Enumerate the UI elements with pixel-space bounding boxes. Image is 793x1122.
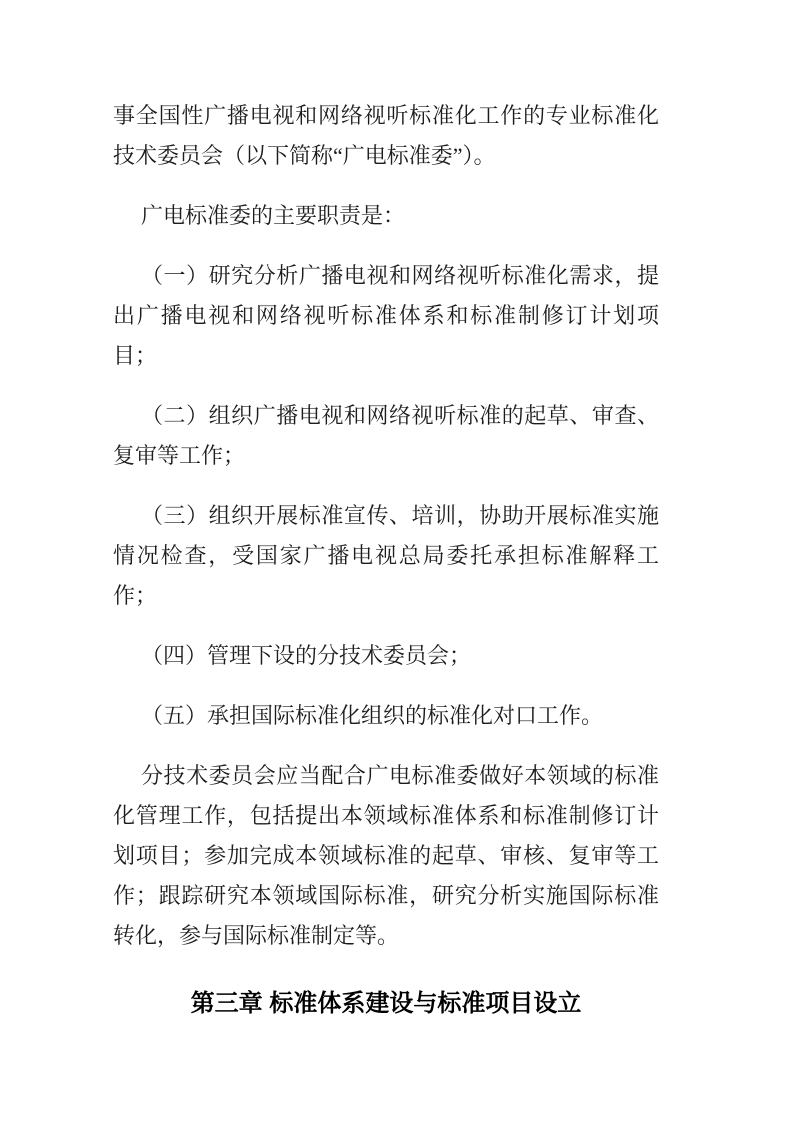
document-page: 事全国性广播电视和网络视听标准化工作的专业标准化技术委员会（以下简称“广电标准委…: [0, 0, 793, 1122]
paragraph: （五）承担国际标准化组织的标准化对口工作。: [113, 696, 659, 736]
document-body: 事全国性广播电视和网络视听标准化工作的专业标准化技术委员会（以下简称“广电标准委…: [113, 96, 659, 1022]
paragraph: （一）研究分析广播电视和网络视听标准化需求，提出广播电视和网络视听标准体系和标准…: [113, 256, 659, 376]
paragraph: 事全国性广播电视和网络视听标准化工作的专业标准化技术委员会（以下简称“广电标准委…: [113, 96, 659, 176]
paragraph: （四）管理下设的分技术委员会；: [113, 636, 659, 676]
paragraph: （二）组织广播电视和网络视听标准的起草、审查、复审等工作；: [113, 396, 659, 476]
chapter-heading: 第三章 标准体系建设与标准项目设立: [113, 986, 659, 1022]
paragraph: （三）组织开展标准宣传、培训，协助开展标准实施情况检查，受国家广播电视总局委托承…: [113, 496, 659, 616]
paragraph: 广电标准委的主要职责是：: [113, 196, 659, 236]
paragraph: 分技术委员会应当配合广电标准委做好本领域的标准化管理工作，包括提出本领域标准体系…: [113, 756, 659, 956]
